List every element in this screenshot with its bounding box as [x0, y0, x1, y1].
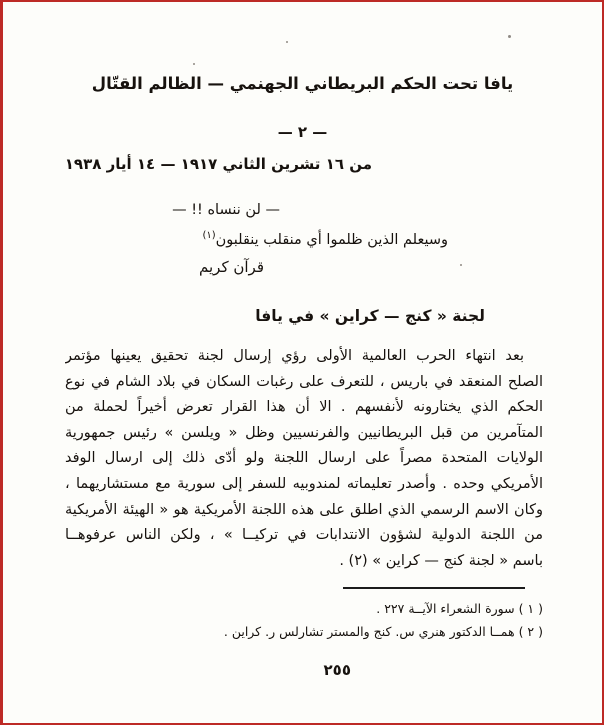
- body-line: بعد انتهاء الحرب العالمية الأولى رؤي إرس…: [65, 344, 543, 370]
- epigraph-verse: وسيعلم الذين ظلموا أي منقلب ينقلبون(١): [202, 230, 448, 248]
- body-line: من اللجنة الدولية لشؤون الانتدابات في تر…: [65, 523, 543, 549]
- page-number: ٢٥٥: [324, 661, 351, 679]
- body-line: المتآمرين من قبل البريطانيين والفرنسيين …: [65, 421, 543, 447]
- scanned-page: يافا تحت الحكم البريطاني الجهنمي — الظال…: [0, 0, 604, 725]
- footnote-2: ( ٢ ) همــا الدكتور هنري س. كنج والمستر …: [224, 624, 543, 639]
- body-line: الأمريكي وحده . وأصدر تعليماته لمندوبيه …: [65, 472, 543, 498]
- epigraph-attribution: قرآن كريم: [199, 258, 264, 276]
- body-paragraph: بعد انتهاء الحرب العالمية الأولى رؤي إرس…: [65, 344, 543, 574]
- body-line: الصلح المنعقد في باريس ، للتعرف على رغبا…: [65, 370, 543, 396]
- scan-speck: [193, 63, 195, 65]
- footnote-ref-1: (١): [202, 230, 215, 241]
- footnote-separator: [343, 587, 525, 589]
- scan-speck: [508, 35, 511, 38]
- body-line: باسم « لجنة كنج — كراين » (٢) .: [65, 549, 543, 575]
- body-line: الحكم الذي يختارونه لأنفسهم . الا أن هذا…: [65, 395, 543, 421]
- epigraph-dedication: — لن ننساه !! —: [172, 202, 280, 218]
- body-line: وكان الاسم الرسمي الذي اطلق على هذه اللج…: [65, 498, 543, 524]
- scan-speck: [460, 264, 462, 266]
- chapter-title: يافا تحت الحكم البريطاني الجهنمي — الظال…: [3, 74, 602, 93]
- footnote-1: ( ١ ) سورة الشعراء الآيــة ٢٢٧ .: [376, 601, 543, 616]
- body-line: الولايات المتحدة مصراً على ارسال اللجنة …: [65, 446, 543, 472]
- epigraph-verse-text: وسيعلم الذين ظلموا أي منقلب ينقلبون: [216, 232, 448, 248]
- date-range: من ١٦ تشرين الثاني ١٩١٧ — ١٤ أيار ١٩٣٨: [65, 155, 372, 173]
- section-heading: لجنة « كنج — كراين » في يافا: [255, 307, 485, 325]
- scan-speck: [286, 41, 288, 43]
- section-number: — ٢ —: [3, 123, 602, 141]
